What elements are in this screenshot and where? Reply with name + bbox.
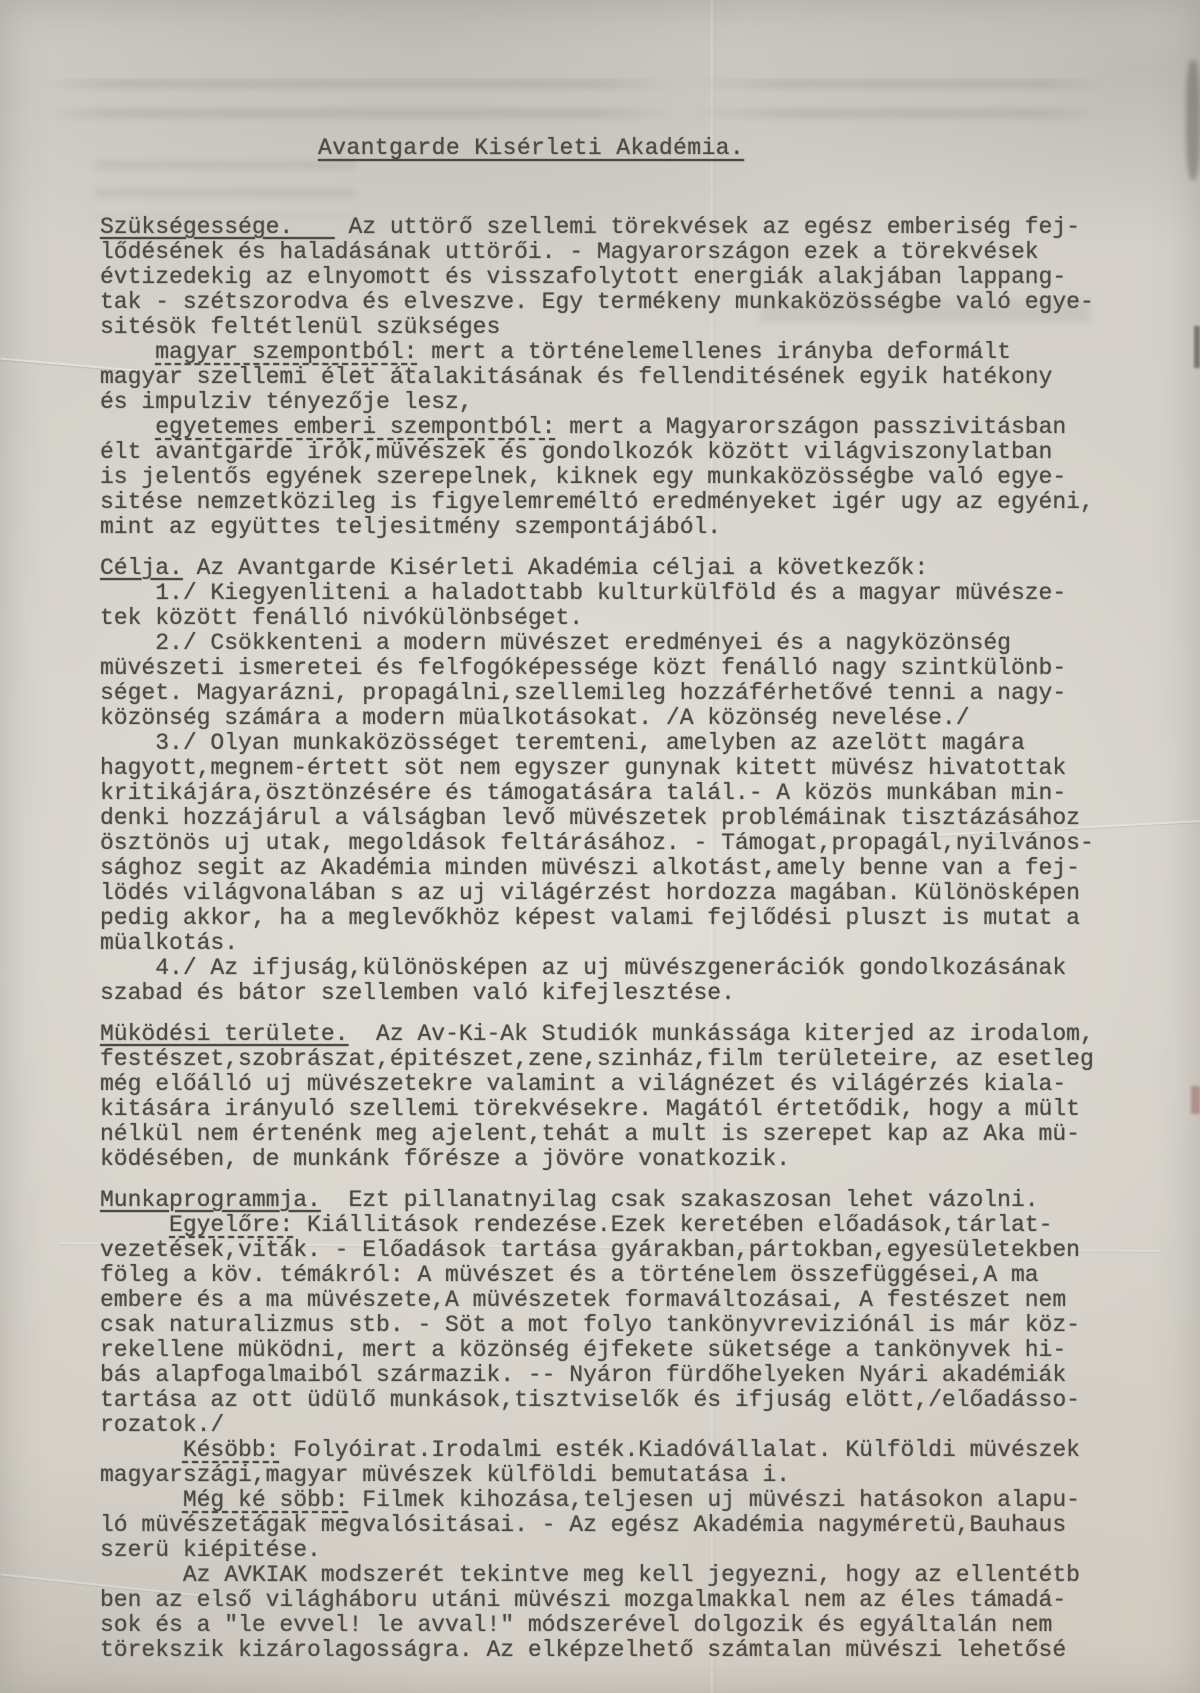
scanned-document-page: Avantgarde Kisérleti Akadémia. Szükséges…: [0, 0, 1200, 1693]
text-line: Késöbb: Folyóirat.Irodalmi esték.Kiadóvá…: [100, 1438, 1192, 1463]
text-line: közönség számára a modern müalkotásokat.…: [100, 706, 1192, 731]
text-line: kritikájára,ösztönzésére és támogatására…: [100, 781, 1192, 806]
text-line: Az AVKIAK modszerét tekintve meg kell je…: [100, 1563, 1192, 1588]
text-line: föleg a köv. témákról: A müvészet és a t…: [100, 1263, 1192, 1288]
text-segment: Folyóirat.Irodalmi esték.Kiadóvállalat. …: [279, 1437, 1080, 1463]
text-segment: pedig akkor, ha a meglevőkhöz képest val…: [100, 905, 1080, 931]
emphasized-text: egyetemes emberi szempontból:: [155, 414, 555, 440]
text-segment: és impulziv tényezője lesz,: [100, 389, 473, 415]
page-content: Avantgarde Kisérleti Akadémia. Szükséges…: [0, 0, 1200, 1693]
emphasized-text: Késöbb:: [183, 1437, 280, 1463]
text-segment: festészet,szobrászat,épitészet,zene,szin…: [100, 1046, 1094, 1072]
paragraph-block-celja: Célja. Az Avantgarde Kisérleti Akadémia …: [100, 556, 1192, 1006]
emphasized-text: Még ké söbb:: [183, 1487, 349, 1513]
text-line: egyetemes emberi szempontból: mert a Mag…: [100, 415, 1192, 440]
text-segment: Filmek kihozása,teljesen uj müvészi hatá…: [348, 1487, 1080, 1513]
text-segment: [100, 1212, 169, 1238]
text-segment: [100, 339, 155, 365]
text-segment: sitése nemzetközileg is figyelemreméltó …: [100, 489, 1094, 515]
text-line: ló müvészetágak megvalósitásai. - Az egé…: [100, 1513, 1192, 1538]
text-line: Müködési területe. Az Av-Ki-Ak Studiók m…: [100, 1022, 1192, 1047]
text-line: magyar szellemi élet átalakitásának és f…: [100, 365, 1192, 390]
text-line: is jelentős egyének szerepelnek, kiknek …: [100, 465, 1192, 490]
text-segment: 2./ Csökkenteni a modern müvészet eredmé…: [100, 630, 1011, 656]
text-line: magyarszági,magyar müvészek külföldi bem…: [100, 1463, 1192, 1488]
text-line: csak naturalizmus stb. - Söt a mot folyo…: [100, 1313, 1192, 1338]
text-segment: tartása az ott üdülő munkások,tisztvisel…: [100, 1387, 1080, 1413]
text-line: embere és a ma müvészete,A müvészetek fo…: [100, 1288, 1192, 1313]
text-line: nélkül nem értenénk meg ajelent,tehát a …: [100, 1122, 1192, 1147]
text-segment: embere és a ma müvészete,A müvészetek fo…: [100, 1287, 1066, 1313]
text-line: Még ké söbb: Filmek kihozása,teljesen uj…: [100, 1488, 1192, 1513]
text-segment: nélkül nem értenénk meg ajelent,tehát a …: [100, 1121, 1080, 1147]
text-segment: hagyott,megnem-értett söt nem egyszer gu…: [100, 755, 1066, 781]
emphasized-text: Müködési területe.: [100, 1021, 348, 1047]
text-segment: sághoz segit az Akadémia minden müvészi …: [100, 855, 1080, 881]
text-line: törekszik kizárolagosságra. Az elképzelh…: [100, 1638, 1192, 1663]
text-segment: törekszik kizárolagosságra. Az elképzelh…: [100, 1637, 1066, 1663]
text-line: Célja. Az Avantgarde Kisérleti Akadémia …: [100, 556, 1192, 581]
text-line: festészet,szobrászat,épitészet,zene,szin…: [100, 1047, 1192, 1072]
text-line: ösztönös uj utak, megoldások feltárásáho…: [100, 831, 1192, 856]
text-segment: Kiállitások rendezése.Ezek keretében elő…: [293, 1212, 1052, 1238]
text-segment: 4./ Az ifjuság,különösképen az uj müvész…: [100, 955, 1066, 981]
text-segment: föleg a köv. témákról: A müvészet és a t…: [100, 1262, 1039, 1288]
text-segment: vezetések,viták. - Előadások tartása gyá…: [100, 1237, 1080, 1263]
text-line: szerü kiépitése.: [100, 1538, 1192, 1563]
emphasized-text: Célja.: [100, 555, 183, 581]
text-line: müvészeti ismeretei és felfogóképessége …: [100, 656, 1192, 681]
text-segment: mert a történelemellenes irányba deformá…: [417, 339, 1011, 365]
text-line: sitése nemzetközileg is figyelemreméltó …: [100, 490, 1192, 515]
text-segment: denki hozzájárul a válságban levő müvész…: [100, 805, 1080, 831]
paragraph-block-mukodesi-terulete: Müködési területe. Az Av-Ki-Ak Studiók m…: [100, 1022, 1192, 1172]
text-segment: közönség számára a modern müalkotásokat.…: [100, 705, 970, 731]
emphasized-text: Munkaprogrammja.: [100, 1187, 321, 1213]
emphasized-text: Egyelőre:: [169, 1212, 293, 1238]
text-segment: müalkotás.: [100, 930, 238, 956]
text-segment: tek között fenálló nivókülönbséget.: [100, 605, 583, 631]
text-line: élt avantgarde irók,müvészek és gondolko…: [100, 440, 1192, 465]
text-line: még előálló uj müvészetekre valamint a v…: [100, 1072, 1192, 1097]
text-line: ködésében, de munkánk főrésze a jövöre v…: [100, 1147, 1192, 1172]
text-segment: szabad és bátor szellemben való kifejles…: [100, 980, 735, 1006]
text-line: tartása az ott üdülő munkások,tisztvisel…: [100, 1388, 1192, 1413]
text-line: rekellene müködni, mert a közönség éjfek…: [100, 1338, 1192, 1363]
emphasized-text: Szükségessége.: [100, 214, 335, 240]
text-segment: tak - szétszorodva és elveszve. Egy term…: [100, 289, 1094, 315]
paragraph-block-munkaprogrammja: Munkaprogrammja. Ezt pillanatnyilag csak…: [100, 1188, 1192, 1663]
text-line: tak - szétszorodva és elveszve. Egy term…: [100, 290, 1192, 315]
text-segment: magyar szellemi élet átalakitásának és f…: [100, 364, 1052, 390]
text-segment: Ezt pillanatnyilag csak szakaszosan lehe…: [321, 1187, 1039, 1213]
text-line: 2./ Csökkenteni a modern müvészet eredmé…: [100, 631, 1192, 656]
text-segment: [100, 1487, 183, 1513]
text-segment: müvészeti ismeretei és felfogóképessége …: [100, 655, 1066, 681]
text-line: sitésök feltétlenül szükséges: [100, 315, 1192, 340]
text-segment: [100, 1437, 183, 1463]
text-line: pedig akkor, ha a meglevőkhöz képest val…: [100, 906, 1192, 931]
text-segment: rekellene müködni, mert a közönség éjfek…: [100, 1337, 1066, 1363]
text-line: hagyott,megnem-értett söt nem egyszer gu…: [100, 756, 1192, 781]
text-segment: Az Avantgarde Kisérleti Akadémia céljai …: [183, 555, 928, 581]
text-segment: lődésének és haladásának uttörői. - Magy…: [100, 239, 1039, 265]
text-segment: Az Av-Ki-Ak Studiók munkássága kiterjed …: [348, 1021, 1093, 1047]
text-segment: [100, 414, 155, 440]
text-segment: ló müvészetágak megvalósitásai. - Az egé…: [100, 1512, 1066, 1538]
text-line: magyar szempontból: mert a történelemell…: [100, 340, 1192, 365]
text-line: ben az első világháboru utáni müvészi mo…: [100, 1588, 1192, 1613]
text-line: Munkaprogrammja. Ezt pillanatnyilag csak…: [100, 1188, 1192, 1213]
text-segment: Az uttörő szellemi törekvések az egész e…: [335, 214, 1080, 240]
text-line: rozatok./: [100, 1413, 1192, 1438]
emphasized-text: magyar szempontból:: [155, 339, 417, 365]
text-segment: kitására irányuló szellemi törekvésekre.…: [100, 1096, 1080, 1122]
text-line: 3./ Olyan munkaközösséget teremteni, ame…: [100, 731, 1192, 756]
text-line: évtizedekig az elnyomott és visszafolyto…: [100, 265, 1192, 290]
document-title: Avantgarde Kisérleti Akadémia.: [318, 136, 744, 161]
text-segment: is jelentős egyének szerepelnek, kiknek …: [100, 464, 1066, 490]
text-segment: évtizedekig az elnyomott és visszafolyto…: [100, 264, 1066, 290]
text-line: és impulziv tényezője lesz,: [100, 390, 1192, 415]
text-line: Egyelőre: Kiállitások rendezése.Ezek ker…: [100, 1213, 1192, 1238]
text-segment: csak naturalizmus stb. - Söt a mot folyo…: [100, 1312, 1080, 1338]
text-line: bás alapfogalmaiból származik. -- Nyáron…: [100, 1363, 1192, 1388]
text-line: Szükségessége. Az uttörő szellemi törekv…: [100, 215, 1192, 240]
text-segment: sok és a "le evvel! le avval!" módszerév…: [100, 1612, 1052, 1638]
text-segment: kritikájára,ösztönzésére és támogatására…: [100, 780, 1066, 806]
text-segment: ösztönös uj utak, megoldások feltárásáho…: [100, 830, 1094, 856]
text-line: denki hozzájárul a válságban levő müvész…: [100, 806, 1192, 831]
text-line: müalkotás.: [100, 931, 1192, 956]
text-segment: magyarszági,magyar müvészek külföldi bem…: [100, 1462, 790, 1488]
text-segment: élt avantgarde irók,müvészek és gondolko…: [100, 439, 1052, 465]
text-line: vezetések,viták. - Előadások tartása gyá…: [100, 1238, 1192, 1263]
paragraph-block-szuksegessege: Szükségessége. Az uttörő szellemi törekv…: [100, 215, 1192, 540]
text-line: séget. Magyarázni, propagálni,szellemile…: [100, 681, 1192, 706]
text-line: lődésének és haladásának uttörői. - Magy…: [100, 240, 1192, 265]
text-segment: lödés világvonalában s az uj világérzést…: [100, 880, 1080, 906]
text-segment: Az AVKIAK modszerét tekintve meg kell je…: [100, 1562, 1080, 1588]
text-segment: még előálló uj müvészetekre valamint a v…: [100, 1071, 1066, 1097]
text-segment: szerü kiépitése.: [100, 1537, 321, 1563]
text-line: sághoz segit az Akadémia minden müvészi …: [100, 856, 1192, 881]
text-line: tek között fenálló nivókülönbséget.: [100, 606, 1192, 631]
text-line: mint az együttes teljesitmény szempontáj…: [100, 515, 1192, 540]
text-segment: ködésében, de munkánk főrésze a jövöre v…: [100, 1146, 790, 1172]
text-segment: rozatok./: [100, 1412, 224, 1438]
document-body: Szükségessége. Az uttörő szellemi törekv…: [100, 215, 1192, 1663]
text-segment: ben az első világháboru utáni müvészi mo…: [100, 1587, 1066, 1613]
text-segment: bás alapfogalmaiból származik. -- Nyáron…: [100, 1362, 1066, 1388]
text-segment: 3./ Olyan munkaközösséget teremteni, ame…: [100, 730, 1025, 756]
text-segment: séget. Magyarázni, propagálni,szellemile…: [100, 680, 1066, 706]
text-segment: mert a Magyarországon passzivitásban: [555, 414, 1066, 440]
text-line: lödés világvonalában s az uj világérzést…: [100, 881, 1192, 906]
text-line: 1./ Kiegyenliteni a haladottabb kulturkü…: [100, 581, 1192, 606]
text-line: sok és a "le evvel! le avval!" módszerév…: [100, 1613, 1192, 1638]
text-line: kitására irányuló szellemi törekvésekre.…: [100, 1097, 1192, 1122]
text-segment: 1./ Kiegyenliteni a haladottabb kulturkü…: [100, 580, 1066, 606]
text-segment: mint az együttes teljesitmény szempontáj…: [100, 514, 721, 540]
text-line: szabad és bátor szellemben való kifejles…: [100, 981, 1192, 1006]
text-line: 4./ Az ifjuság,különösképen az uj müvész…: [100, 956, 1192, 981]
text-segment: sitésök feltétlenül szükséges: [100, 314, 500, 340]
